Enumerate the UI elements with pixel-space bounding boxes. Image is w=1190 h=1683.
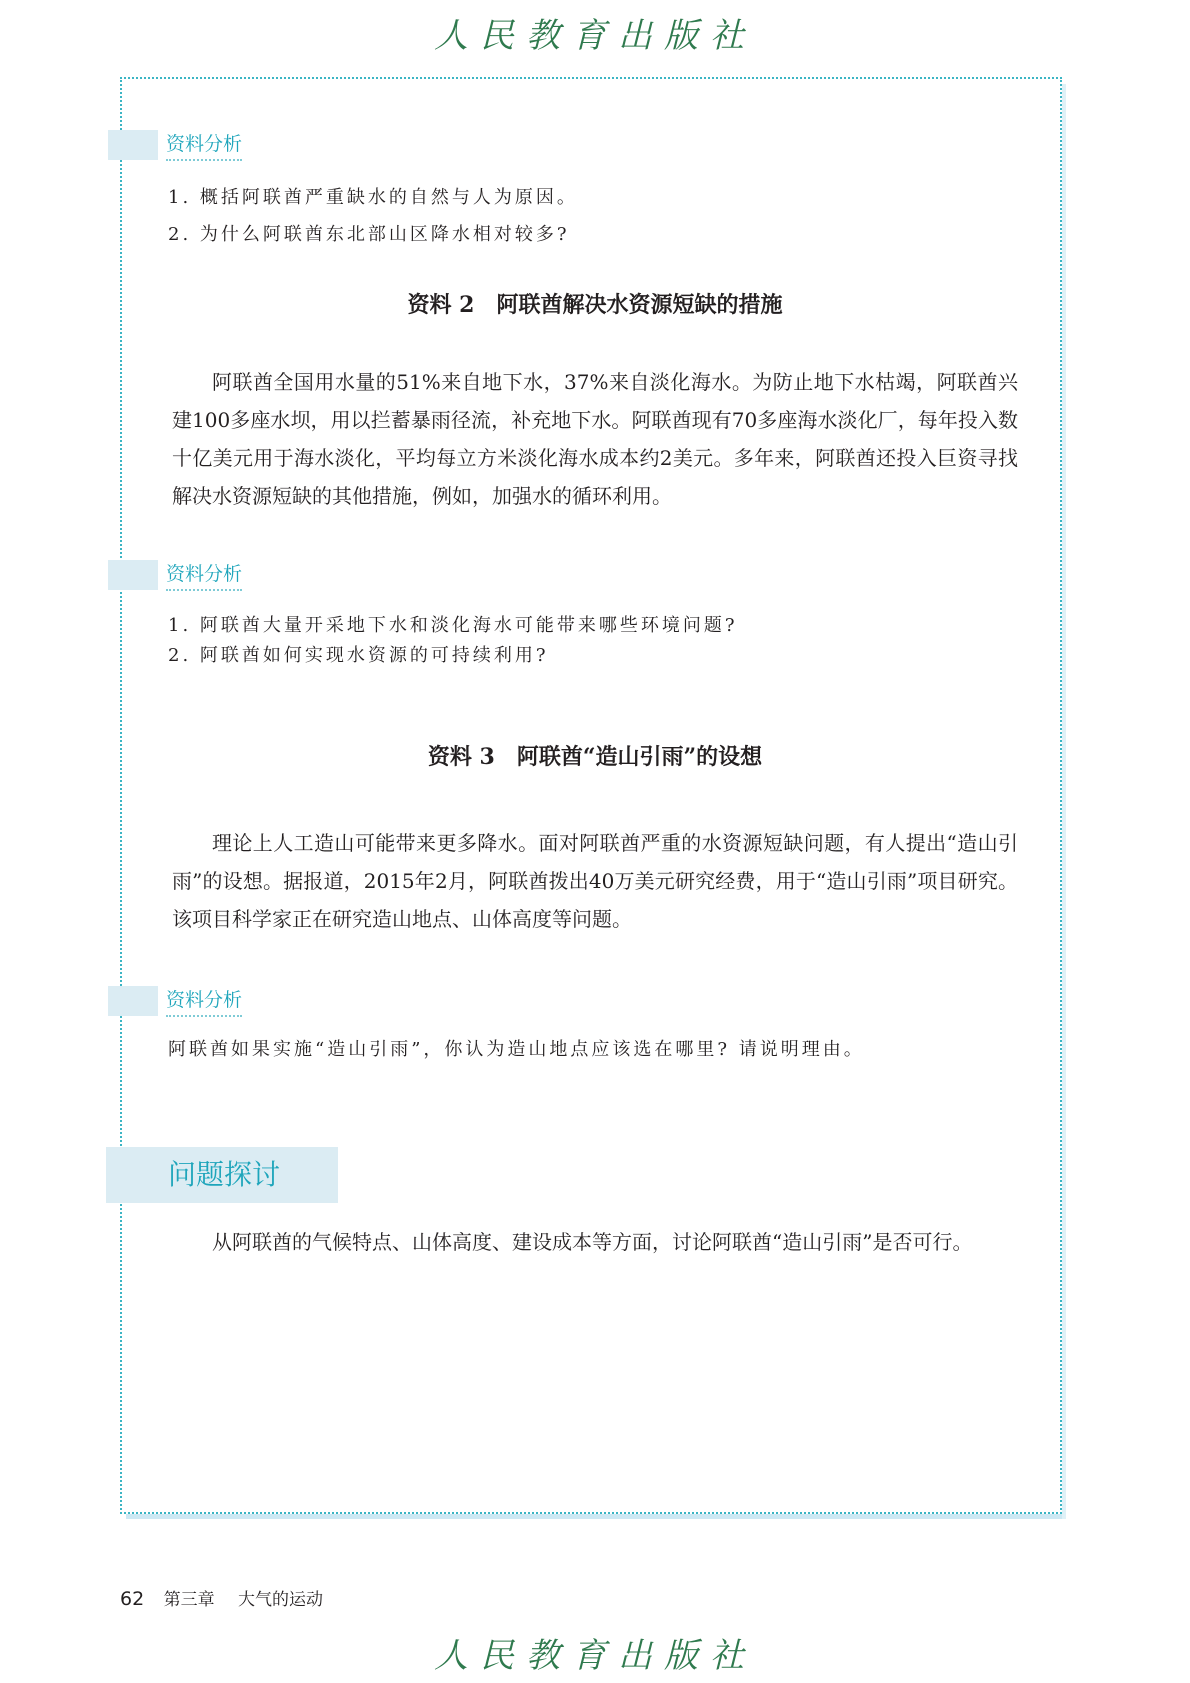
material2-title: 资料 2 阿联酋解决水资源短缺的措施 bbox=[0, 288, 1190, 319]
publisher-logo-bottom: 人民教育出版社 bbox=[0, 1628, 1190, 1677]
analysis2-question-1: 1. 阿联酋大量开采地下水和淡化海水可能带来哪些环境问题? bbox=[168, 611, 738, 637]
frame-shadow-bottom bbox=[126, 1514, 1066, 1519]
material3-body: 理论上人工造山可能带来更多降水。面对阿联酋严重的水资源短缺问题，有人提出“造山引… bbox=[172, 824, 1018, 938]
chapter-number: 第三章 bbox=[164, 1590, 215, 1610]
analysis-label-text: 资料分析 bbox=[166, 129, 242, 161]
analysis3-question-1: 阿联酋如果实施“造山引雨”，你认为造山地点应该选在哪里? 请说明理由。 bbox=[168, 1035, 865, 1061]
material3-title: 资料 3 阿联酋“造山引雨”的设想 bbox=[0, 740, 1190, 771]
label-tab-block bbox=[108, 130, 158, 160]
chapter-title: 大气的运动 bbox=[238, 1590, 323, 1610]
discussion-label: 问题探讨 bbox=[106, 1147, 338, 1203]
discussion-body: 从阿联酋的气候特点、山体高度、建设成本等方面，讨论阿联酋“造山引雨”是否可行。 bbox=[172, 1223, 1018, 1261]
analysis1-question-2: 2. 为什么阿联酋东北部山区降水相对较多? bbox=[168, 220, 570, 246]
analysis1-question-1: 1. 概括阿联酋严重缺水的自然与人为原因。 bbox=[168, 183, 578, 209]
analysis-label-3: 资料分析 bbox=[108, 986, 242, 1016]
label-tab-block bbox=[108, 986, 158, 1016]
analysis-label-text: 资料分析 bbox=[166, 985, 242, 1017]
publisher-logo-top: 人民教育出版社 bbox=[0, 8, 1190, 57]
analysis-label-text: 资料分析 bbox=[166, 559, 242, 591]
page-footer: 62 第三章 大气的运动 bbox=[120, 1585, 323, 1610]
page-number: 62 bbox=[120, 1588, 144, 1610]
analysis-label-1: 资料分析 bbox=[108, 130, 242, 160]
analysis2-question-2: 2. 阿联酋如何实现水资源的可持续利用? bbox=[168, 641, 549, 667]
analysis-label-2: 资料分析 bbox=[108, 560, 242, 590]
label-tab-block bbox=[108, 560, 158, 590]
material2-body: 阿联酋全国用水量的51%来自地下水，37%来自淡化海水。为防止地下水枯竭，阿联酋… bbox=[172, 363, 1018, 515]
